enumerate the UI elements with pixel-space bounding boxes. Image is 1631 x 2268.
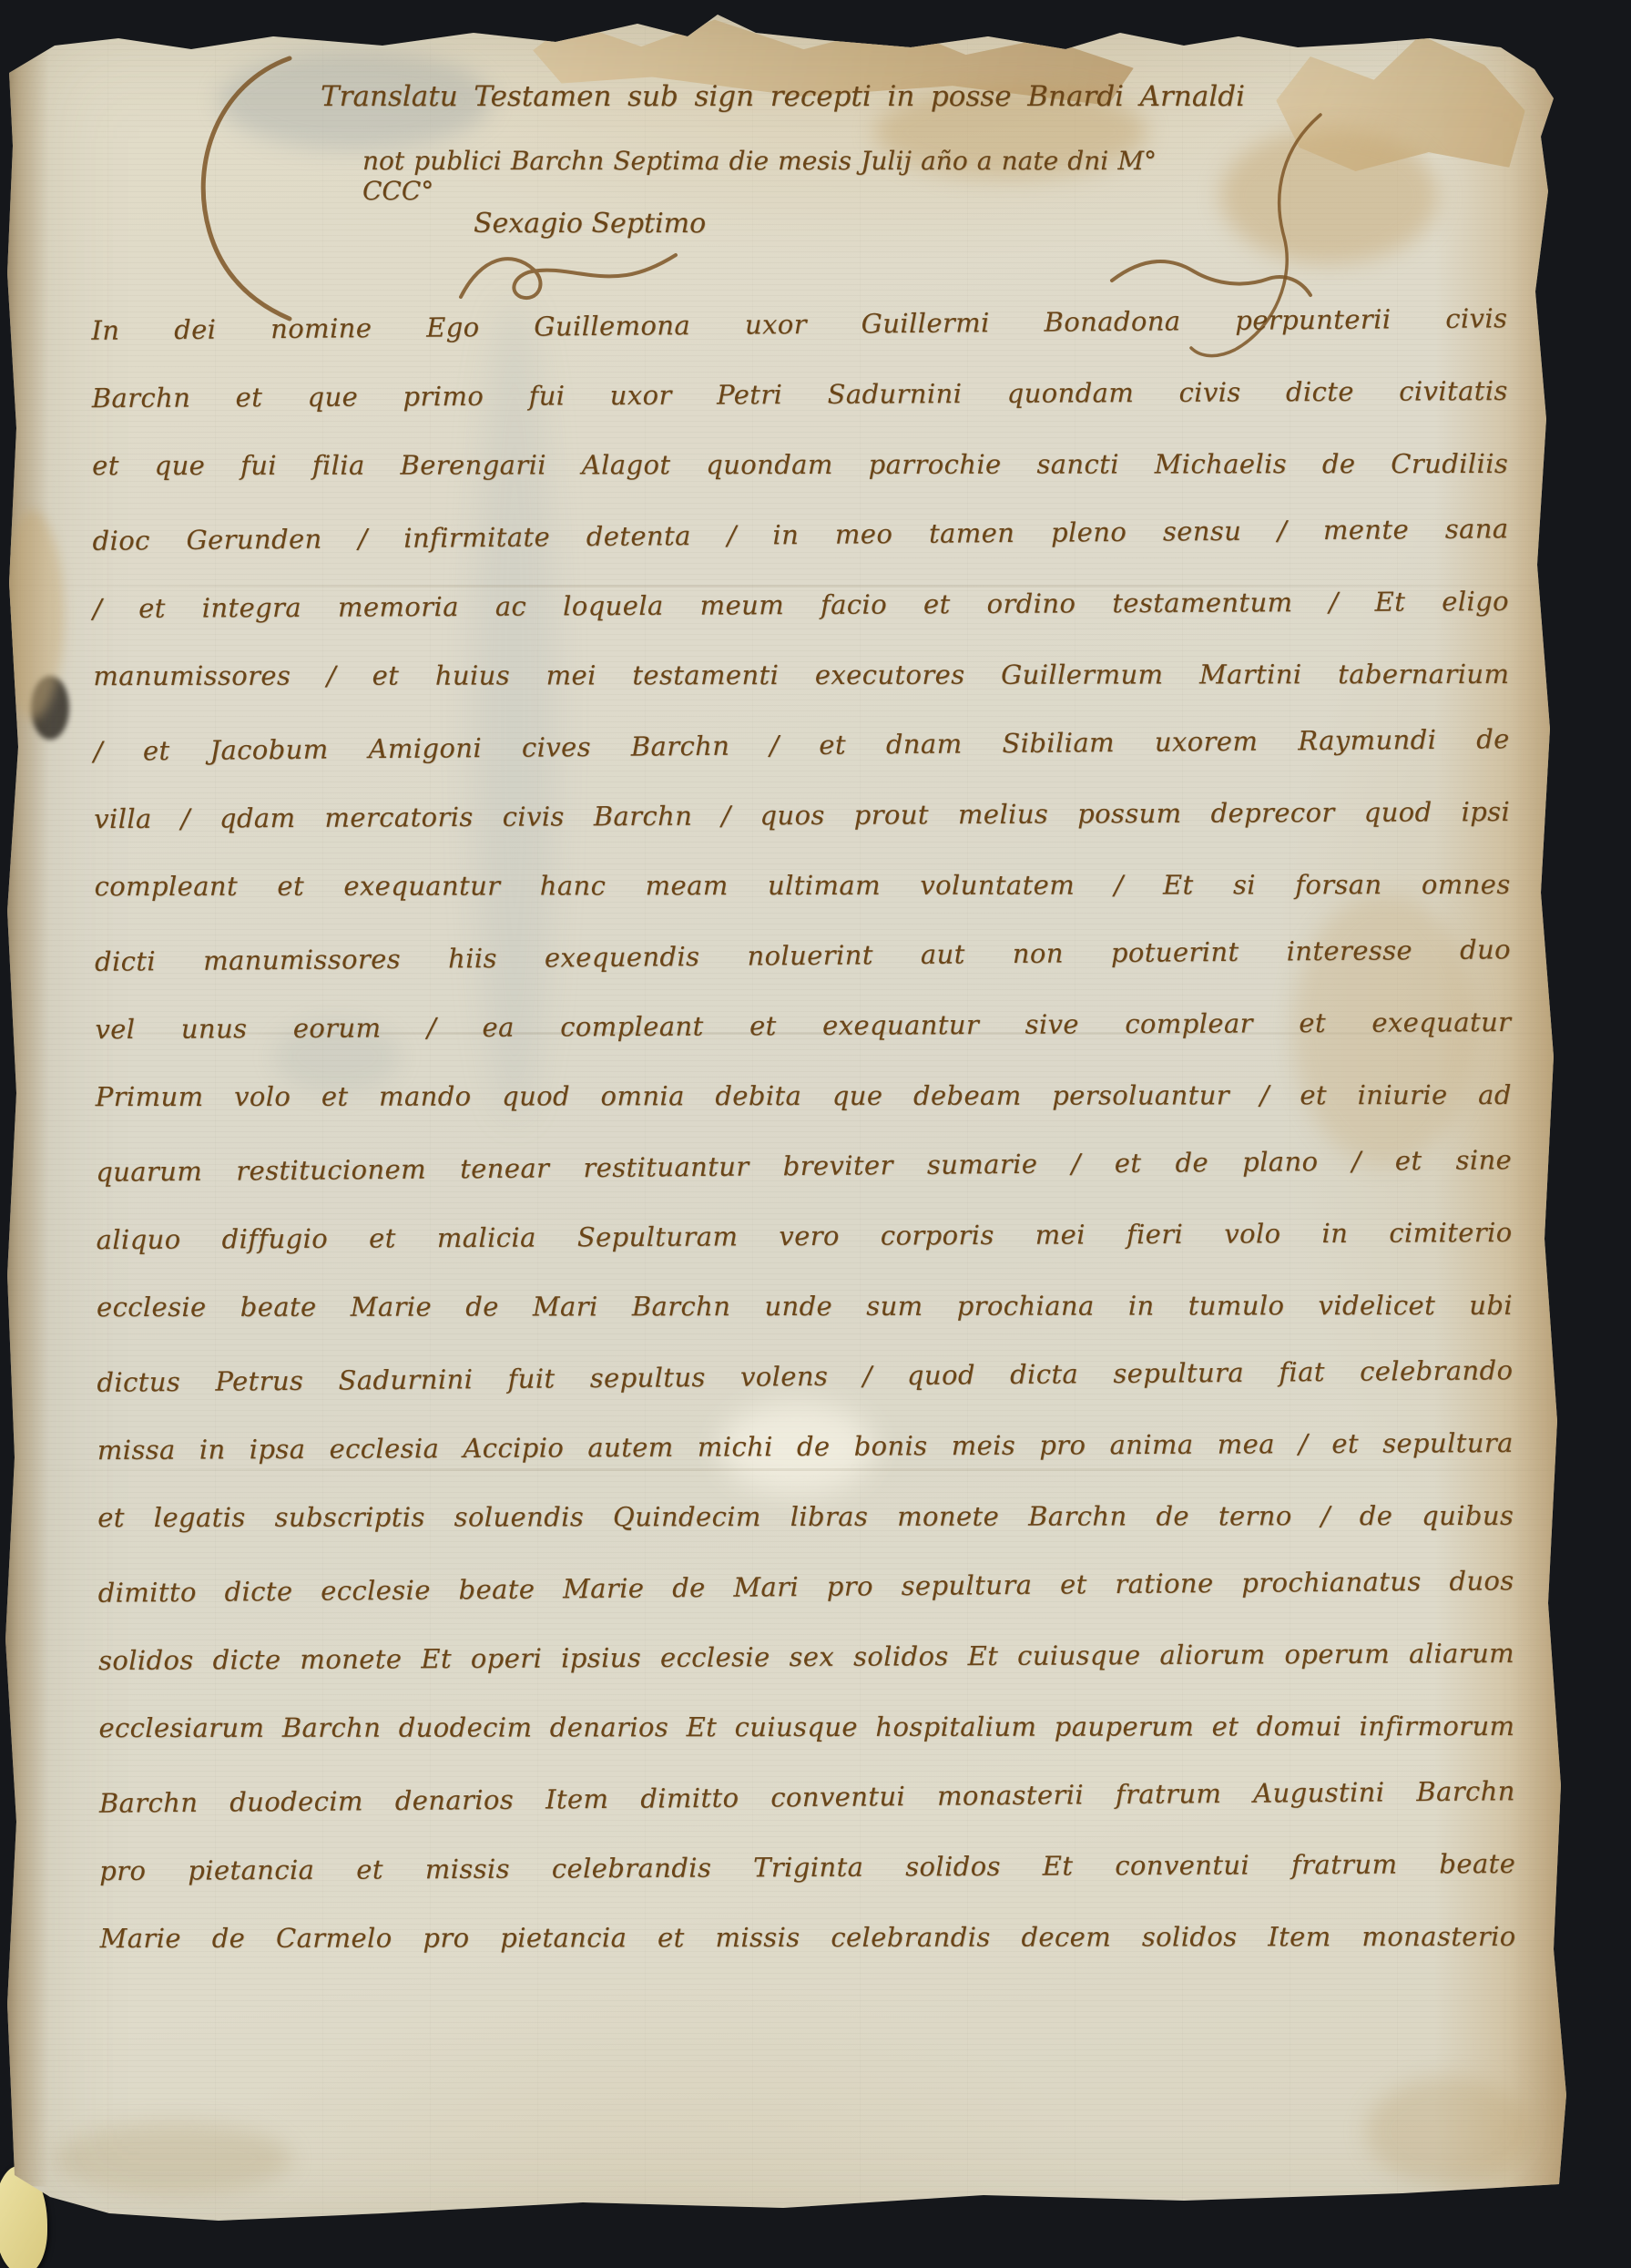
manuscript-line: Primum volo et mando quod omnia debita q… [96, 1060, 1512, 1132]
manuscript-line: manumissores / et huius mei testamenti e… [93, 639, 1509, 711]
header-line: not publici Barchn Septima die mesis Jul… [362, 146, 1157, 206]
manuscript-line: missa in ipsa ecclesia Accipio autem mic… [97, 1408, 1514, 1486]
manuscript-line: aliquo diffugio et malicia Sepulturam ve… [96, 1198, 1512, 1275]
manuscript-line: villa / qdam mercatoris civis Barchn / q… [94, 777, 1510, 854]
opening-paraph-flourish [182, 53, 319, 326]
photo-backdrop: Translatu Testamen sub sign recepti in p… [0, 0, 1631, 2268]
header-line: Sexagio Septimo [474, 208, 706, 240]
manuscript-line: / et integra memoria ac loquela meum fac… [93, 567, 1509, 644]
manuscript-line: dictus Petrus Sadurnini fuit sepultus vo… [97, 1335, 1514, 1418]
manuscript-page: Translatu Testamen sub sign recepti in p… [0, 0, 1631, 2268]
manuscript-line: dimitto dicte ecclesie beate Marie de Ma… [97, 1546, 1514, 1629]
manuscript-line: et legatis subscriptis soluendis Quindec… [97, 1481, 1514, 1553]
manuscript-line: Marie de Carmelo pro pietancia et missis… [100, 1902, 1516, 1974]
manuscript-line: et que fui filia Berengarii Alagot quond… [92, 429, 1508, 501]
manuscript-text-block: In dei nomine Ego Guillemona uxor Guille… [91, 286, 1516, 1977]
manuscript-line: quarum restitucionem tenear restituantur… [96, 1125, 1513, 1208]
manuscript-line: Barchn duodecim denarios Item dimitto co… [99, 1756, 1516, 1839]
manuscript-line: ecclesiarum Barchn duodecim denarios Et … [98, 1691, 1514, 1763]
stain [55, 2122, 291, 2195]
header-line: Translatu Testamen sub sign recepti in p… [321, 80, 1245, 113]
left-torn-edge [0, 46, 49, 2186]
manuscript-line: pro pietancia et missis celebrandis Trig… [99, 1829, 1515, 1906]
manuscript-line: Barchn et que primo fui uxor Petri Sadur… [92, 356, 1508, 434]
manuscript-line: compleant et exequantur hanc meam ultima… [95, 850, 1511, 922]
manuscript-line: In dei nomine Ego Guillemona uxor Guille… [91, 283, 1508, 366]
manuscript-line: dicti manumissores hiis exequendis nolue… [95, 914, 1512, 997]
manuscript-line: solidos dicte monete Et operi ipsius ecc… [98, 1619, 1514, 1696]
manuscript-line: / et Jacobum Amigoni cives Barchn / et d… [93, 704, 1510, 787]
manuscript-line: dioc Gerunden / infirmitate detenta / in… [92, 494, 1509, 577]
manuscript-line: ecclesie beate Marie de Mari Barchn unde… [97, 1271, 1513, 1343]
manuscript-line: vel unus eorum / ea compleant et exequan… [95, 987, 1511, 1065]
